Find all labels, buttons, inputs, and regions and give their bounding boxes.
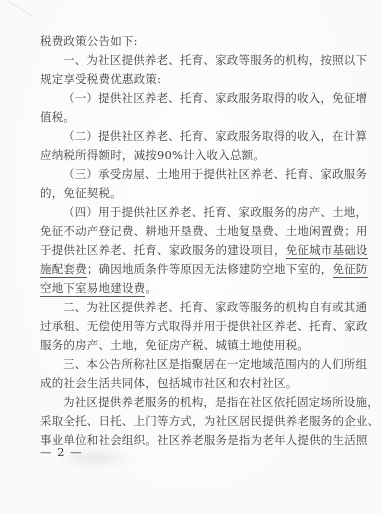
underlined-text: 施配套费 xyxy=(40,262,87,278)
text-segment: 规定享受税费优惠政策: xyxy=(40,72,161,86)
document-line: 应纳税所得额时，减按90%计入收入总额。 xyxy=(40,146,356,165)
text-segment: 。 xyxy=(145,281,157,295)
document-line: 二、为社区提供养老、托育、家政等服务的机构自有或其通 xyxy=(40,298,356,317)
text-segment: 一、为社区提供养老、托育、家政等服务的机构，按照以下 xyxy=(63,53,367,67)
text-segment: 值税。 xyxy=(40,110,75,124)
text-segment: 成的社会生活共同体，包括城市社区和农村社区。 xyxy=(40,376,297,390)
text-segment: 于提供社区养老、托育、家政服务的建设项目， xyxy=(40,243,286,257)
document-line: 空地下室易地建设费。 xyxy=(40,279,356,298)
text-segment: （一）提供社区养老、托育、家政服务取得的收入，免征增 xyxy=(63,91,367,105)
underlined-text: 免征防 xyxy=(333,262,368,278)
document-line: （二）提供社区养老、托育、家政服务取得的收入，在计算 xyxy=(40,127,356,146)
text-segment: 免征不动产登记费、耕地开垦费、土地复垦费、土地闲置费；用 xyxy=(40,224,368,238)
text-segment: 税费政策公告如下: xyxy=(40,34,138,48)
document-line: 免征不动产登记费、耕地开垦费、土地复垦费、土地闲置费；用 xyxy=(40,222,356,241)
document-line: 成的社会生活共同体，包括城市社区和农村社区。 xyxy=(40,374,356,393)
scanned-page: 税费政策公告如下:一、为社区提供养老、托育、家政等服务的机构，按照以下规定享受税… xyxy=(0,0,382,514)
underlined-text: 空地下室易地建设费 xyxy=(40,281,145,297)
document-line: 采取全托、日托、上门等方式，为社区居民提供养老服务的企业、 xyxy=(40,412,356,431)
text-segment: 为社区提供养老服务的机构，是指在社区依托固定场所设施， xyxy=(63,395,379,409)
scan-fold-artifact xyxy=(8,1,32,17)
document-line: 规定享受税费优惠政策: xyxy=(40,70,356,89)
document-line: （三）承受房屋、土地用于提供社区养老、托育、家政服务 xyxy=(40,165,356,184)
text-segment: 服务的房产、土地，免征房产税、城镇土地使用税。 xyxy=(40,338,309,352)
text-segment: 采取全托、日托、上门等方式，为社区居民提供养老服务的企业、 xyxy=(40,414,379,428)
text-segment: ；确因地质条件等原因无法修建防空地下室的， xyxy=(87,262,333,276)
text-segment: 事业单位和社会组织。社区养老服务是指为老年人提供的生活照 xyxy=(40,433,368,447)
document-line: 服务的房产、土地，免征房产税、城镇土地使用税。 xyxy=(40,336,356,355)
text-segment: 应纳税所得额时，减按90%计入收入总额。 xyxy=(40,148,265,162)
text-segment: （二）提供社区养老、托育、家政服务取得的收入，在计算 xyxy=(63,129,367,143)
page-number: — 2 — xyxy=(40,445,83,459)
document-line: 施配套费；确因地质条件等原因无法修建防空地下室的，免征防 xyxy=(40,260,356,279)
text-segment: 的，免征契税。 xyxy=(40,186,122,200)
text-segment: （三）承受房屋、土地用于提供社区养老、托育、家政服务 xyxy=(63,167,367,181)
document-line: （四）用于提供社区养老、托育、家政服务的房产、土地， xyxy=(40,203,356,222)
document-line: 过承租、无偿使用等方式取得并用于提供社区养老、托育、家政 xyxy=(40,317,356,336)
document-line: 为社区提供养老服务的机构，是指在社区依托固定场所设施， xyxy=(40,393,356,412)
document-body: 税费政策公告如下:一、为社区提供养老、托育、家政等服务的机构，按照以下规定享受税… xyxy=(40,32,356,450)
document-line: 三、本公告所称社区是指聚居在一定地域范围内的人们所组 xyxy=(40,355,356,374)
text-segment: 二、为社区提供养老、托育、家政等服务的机构自有或其通 xyxy=(63,300,367,314)
document-line: 一、为社区提供养老、托育、家政等服务的机构，按照以下 xyxy=(40,51,356,70)
document-line: 的，免征契税。 xyxy=(40,184,356,203)
text-segment: （四）用于提供社区养老、托育、家政服务的房产、土地， xyxy=(63,205,367,219)
document-line: 值税。 xyxy=(40,108,356,127)
underlined-text: 免征城市基础设 xyxy=(286,243,368,259)
document-line: 税费政策公告如下: xyxy=(40,32,356,51)
text-segment: 过承租、无偿使用等方式取得并用于提供社区养老、托育、家政 xyxy=(40,319,368,333)
document-line: （一）提供社区养老、托育、家政服务取得的收入，免征增 xyxy=(40,89,356,108)
document-line: 于提供社区养老、托育、家政服务的建设项目，免征城市基础设 xyxy=(40,241,356,260)
text-segment: 三、本公告所称社区是指聚居在一定地域范围内的人们所组 xyxy=(63,357,367,371)
